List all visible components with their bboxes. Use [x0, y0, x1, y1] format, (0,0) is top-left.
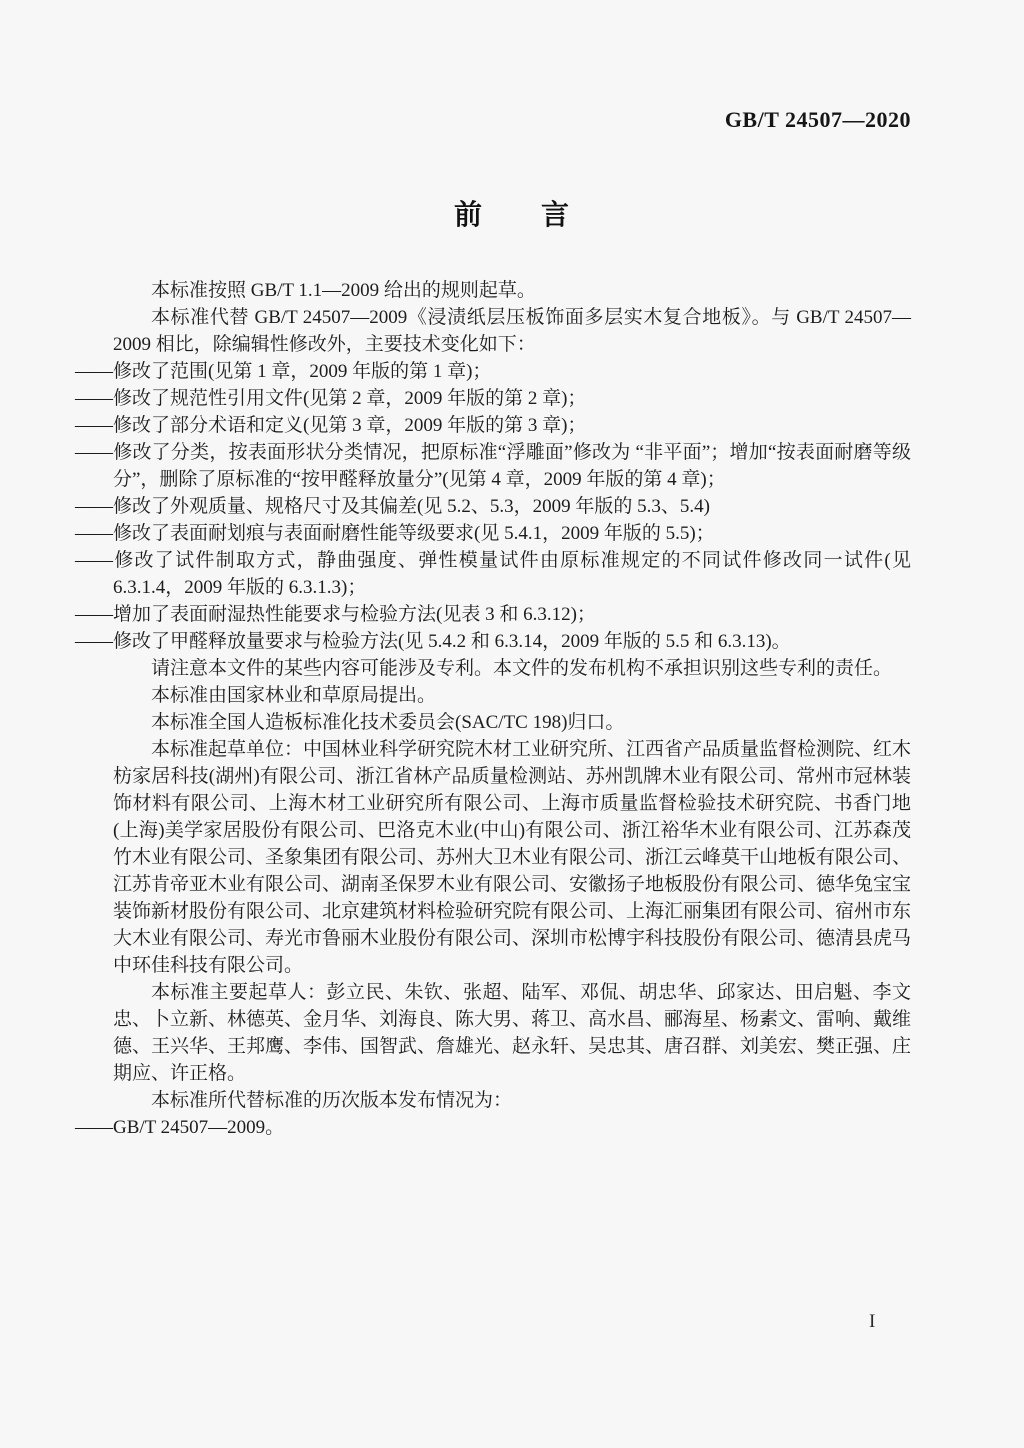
- change-item-scope: ——修改了范围(见第 1 章，2009 年版的第 1 章)；: [113, 358, 911, 385]
- change-item-terms-definitions: ——修改了部分术语和定义(见第 3 章，2009 年版的第 3 章)；: [113, 412, 911, 439]
- change-item-scratch-abrasion: ——修改了表面耐划痕与表面耐磨性能等级要求(见 5.4.1，2009 年版的 5…: [113, 520, 911, 547]
- page-number: I: [869, 1311, 875, 1333]
- change-item-normative-references: ——修改了规范性引用文件(见第 2 章，2009 年版的第 2 章)；: [113, 385, 911, 412]
- para-patent-notice: 请注意本文件的某些内容可能涉及专利。本文件的发布机构不承担识别这些专利的责任。: [113, 655, 911, 682]
- foreword-body: 本标准按照 GB/T 1.1—2009 给出的规则起草。 本标准代替 GB/T …: [113, 277, 911, 1141]
- standard-code: GB/T 24507—2020: [725, 107, 911, 133]
- para-previous-editions-intro: 本标准所代替标准的历次版本发布情况为：: [113, 1087, 911, 1114]
- para-main-drafters: 本标准主要起草人：彭立民、朱钦、张超、陆军、邓侃、胡忠华、邱家达、田启魁、李文忠…: [113, 979, 911, 1087]
- para-centralized-by: 本标准全国人造板标准化技术委员会(SAC/TC 198)归口。: [113, 709, 911, 736]
- page-title: 前 言: [0, 193, 1024, 233]
- para-drafting-organizations: 本标准起草单位：中国林业科学研究院木材工业研究所、江西省产品质量监督检测院、红木…: [113, 736, 911, 979]
- previous-edition-item: ——GB/T 24507—2009。: [113, 1114, 911, 1141]
- change-item-formaldehyde: ——修改了甲醛释放量要求与检验方法(见 5.4.2 和 6.3.14，2009 …: [113, 628, 911, 655]
- change-item-moist-heat: ——增加了表面耐湿热性能要求与检验方法(见表 3 和 6.3.12)；: [113, 601, 911, 628]
- change-item-classification: ——修改了分类，按表面形状分类情况，把原标准“浮雕面”修改为 “非平面”；增加“…: [113, 439, 911, 493]
- para-replacement: 本标准代替 GB/T 24507—2009《浸渍纸层压板饰面多层实木复合地板》。…: [113, 304, 911, 358]
- change-item-specimen-method: ——修改了试件制取方式，静曲强度、弹性模量试件由原标准规定的不同试件修改同一试件…: [113, 547, 911, 601]
- para-drafting-basis: 本标准按照 GB/T 1.1—2009 给出的规则起草。: [113, 277, 911, 304]
- para-proposed-by: 本标准由国家林业和草原局提出。: [113, 682, 911, 709]
- document-page: GB/T 24507—2020 前 言 本标准按照 GB/T 1.1—2009 …: [0, 0, 1024, 1448]
- change-item-appearance-size: ——修改了外观质量、规格尺寸及其偏差(见 5.2、5.3，2009 年版的 5.…: [113, 493, 911, 520]
